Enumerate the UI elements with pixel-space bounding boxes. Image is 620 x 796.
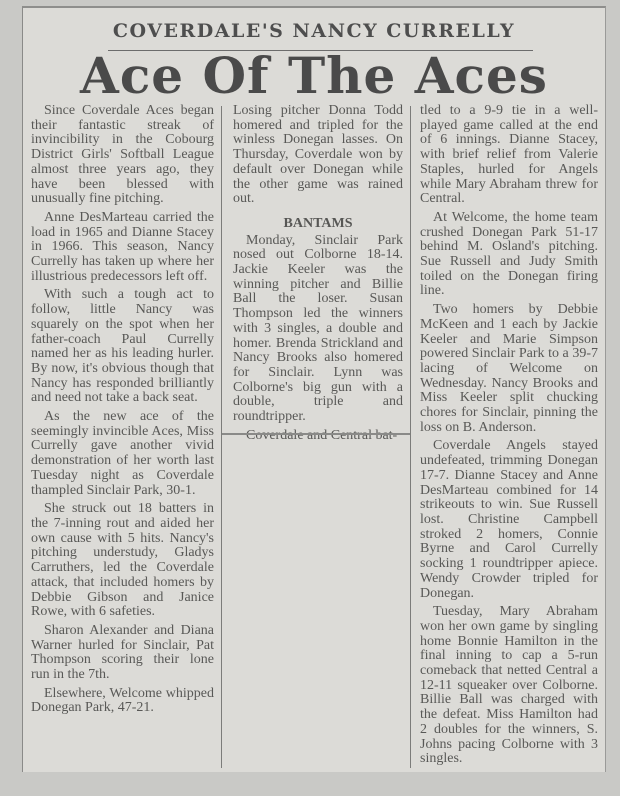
column-3: tled to a 9-9 tie in a well-played game … (420, 104, 598, 771)
paragraph-continued: Losing pitcher Donna Todd homered and tr… (233, 104, 403, 207)
paragraph: Coverdale and Central bat- (233, 429, 403, 444)
paragraph: She struck out 18 batters in the 7-innin… (31, 502, 214, 620)
paragraph: At Welcome, the home team crushed Donega… (420, 211, 598, 299)
column-divider (221, 106, 222, 768)
main-headline: Ace Of The Aces (23, 46, 605, 105)
paragraph: With such a tough act to follow, little … (31, 288, 214, 406)
paragraph: Elsewhere, Welcome whipped Donegan Park,… (31, 687, 214, 716)
paragraph: Coverdale Angels stayed undefeated, trim… (420, 439, 598, 601)
paragraph-continued: tled to a 9-9 tie in a well-played game … (420, 104, 598, 207)
column-end-rule (222, 433, 410, 435)
paragraph: Since Coverdale Aces began their fantast… (31, 104, 214, 207)
paragraph: Sharon Alexander and Diana Warner hurled… (31, 624, 214, 683)
column-2: Losing pitcher Donna Todd homered and tr… (233, 104, 403, 447)
column-1: Since Coverdale Aces began their fantast… (31, 104, 214, 720)
column-divider (410, 106, 411, 768)
paragraph: Monday, Sinclair Park nosed out Colborne… (233, 234, 403, 425)
paragraph: Anne DesMarteau carried the load in 1965… (31, 211, 214, 285)
newspaper-clipping: COVERDALE'S NANCY CURRELLY Ace Of The Ac… (22, 6, 606, 772)
paragraph: Tuesday, Mary Abraham won her own game b… (420, 605, 598, 767)
subhead-bantams: BANTAMS (233, 217, 403, 232)
paragraph: Two homers by Debbie McKeen and 1 each b… (420, 303, 598, 435)
kicker-headline: COVERDALE'S NANCY CURRELLY (23, 20, 605, 42)
paragraph: As the new ace of the seemingly invincib… (31, 410, 214, 498)
